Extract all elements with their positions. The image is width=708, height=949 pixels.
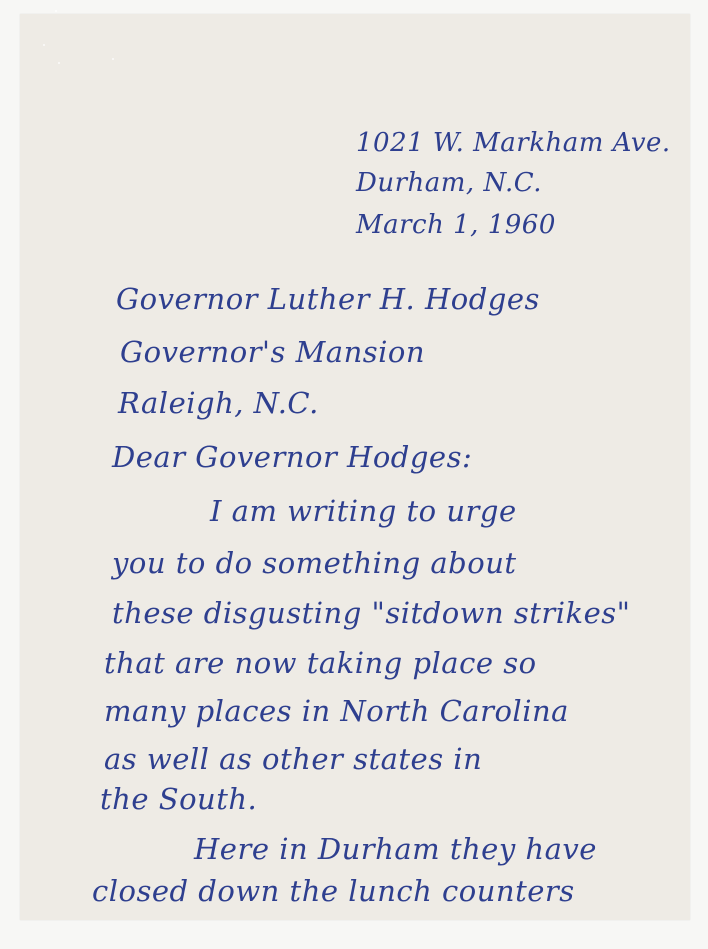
body-line: Here in Durham they have — [194, 832, 597, 866]
salutation: Dear Governor Hodges: — [112, 440, 472, 474]
body-line: closed down the lunch counters — [92, 874, 575, 908]
recipient-name: Governor Luther H. Hodges — [116, 282, 540, 316]
recipient-place: Governor's Mansion — [120, 335, 425, 369]
body-line: I am writing to urge — [210, 494, 517, 528]
letter-date: March 1, 1960 — [356, 210, 556, 240]
body-line: many places in North Carolina — [104, 694, 569, 728]
paper-speck — [112, 58, 114, 60]
paper-speck — [58, 62, 60, 64]
paper-speck — [43, 44, 45, 46]
body-line: that are now taking place so — [104, 646, 537, 680]
body-line: you to do something about — [112, 546, 517, 580]
body-line: as well as other states in — [104, 742, 482, 776]
recipient-city: Raleigh, N.C. — [118, 386, 319, 420]
paper-speck — [55, 10, 57, 12]
body-line: these disgusting "sitdown strikes" — [112, 596, 631, 630]
sender-city: Durham, N.C. — [356, 168, 542, 198]
sender-street: 1021 W. Markham Ave. — [356, 128, 671, 158]
body-line: the South. — [100, 782, 257, 816]
